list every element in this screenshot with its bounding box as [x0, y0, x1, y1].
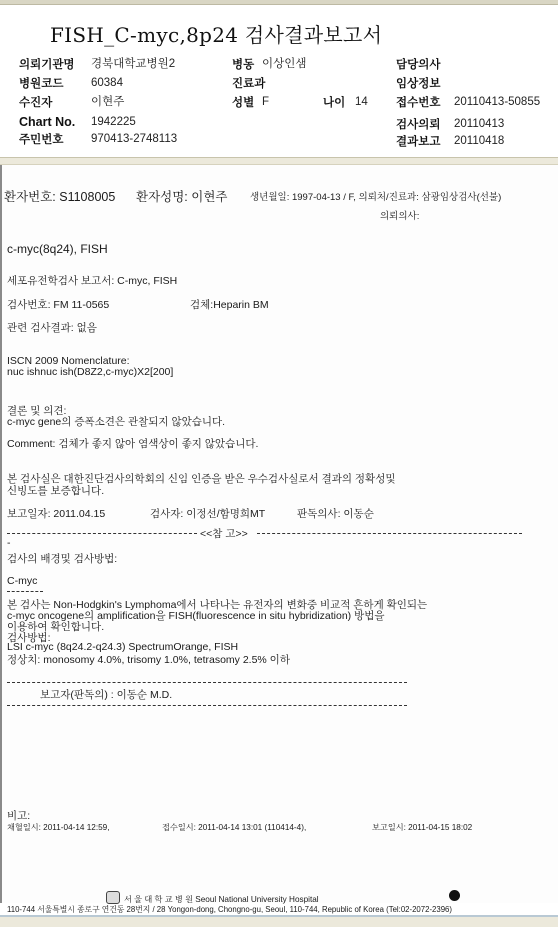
test-number: 검사번호: FM 11-0565	[7, 297, 109, 312]
emblem-icon	[449, 890, 460, 901]
patient-name: 환자성명: 이현주	[136, 187, 227, 205]
field-result-report-date: 결과보고 20110418	[396, 134, 440, 149]
patient-id: 환자번호: S1108005	[4, 187, 115, 205]
background-label: 검사의 배경및 검사방법:	[7, 551, 117, 566]
normal-range: 정상치: monosomy 4.0%, trisomy 1.0%, tetras…	[7, 652, 290, 667]
conclusion-text: c-myc gene의 증폭소견은 관찰되지 않았습니다.	[7, 414, 225, 429]
reference-header: <<참 고>>	[200, 526, 248, 541]
field-accession-number: 접수번호 20110413-50855	[396, 95, 440, 110]
field-requesting-institution: 의뢰기관명 경북대학교병원2	[19, 57, 75, 72]
field-attending-doctor: 담당의사	[396, 57, 440, 72]
hospital-logo-icon	[106, 891, 120, 904]
certification-line-2: 신빙도를 보증합니다.	[7, 483, 104, 498]
field-sex: 성별 F	[232, 95, 254, 110]
report-header: FISH_C-myc,8p24 검사결과보고서 의뢰기관명 경북대학교병원2 병…	[0, 5, 558, 155]
hospital-name: 서 울 대 학 교 병 원 Seoul National University …	[106, 891, 319, 905]
reference-divider-left	[7, 533, 197, 534]
report-type: 세포유전학검사 보고서: C-myc, FISH	[7, 273, 177, 288]
collected-time: 채혈일시: 2011-04-14 12:59,	[7, 822, 110, 833]
field-department: 진료과	[232, 76, 265, 91]
hospital-address: 110-744 서울특별시 종로구 연건동 28번지 / 28 Yongon-d…	[7, 904, 452, 915]
section-divider	[0, 157, 558, 165]
bottom-border	[0, 915, 558, 927]
reading-doctor: 판독의사: 이동순	[297, 506, 374, 521]
field-patient: 수진자 이현주	[19, 95, 52, 110]
report-date: 보고일자: 2011.04.15	[7, 506, 105, 521]
examiner: 검사자: 이정선/함명희MT	[150, 506, 265, 521]
comment: Comment: 검체가 좋지 않아 염색상이 좋지 않았습니다.	[7, 436, 258, 451]
iscn-value: nuc ishnuc ish(D8Z2,c-myc)X2[200]	[7, 366, 173, 378]
patient-details: 생년월일: 1997-04-13 / F, 의뢰처/진료과: 삼광임상검사(선불…	[250, 189, 501, 203]
related-results: 관련 검사결과: 없음	[7, 320, 97, 335]
received-time: 접수일시: 2011-04-14 13:01 (110414-4),	[162, 822, 306, 833]
field-test-request-date: 검사의뢰 20110413	[396, 117, 440, 132]
gene-label: C-myc	[7, 575, 37, 587]
field-age: 나이 14	[323, 95, 345, 110]
gene-underline	[7, 591, 43, 592]
reporter-divider-bottom	[7, 705, 407, 706]
field-resident-number: 주민번호 970413-2748113	[19, 132, 63, 147]
field-chart-no: Chart No. 1942225	[19, 115, 75, 130]
scan-left-border	[0, 165, 2, 903]
remarks-label: 비고:	[7, 808, 30, 823]
reported-time: 보고일시: 2011-04-15 18:02	[372, 822, 472, 833]
report-title: FISH_C-myc,8p24 검사결과보고서	[50, 19, 382, 48]
requesting-doctor: 의뢰의사:	[380, 208, 419, 222]
reporter: 보고자(판독의) : 이동순 M.D.	[40, 687, 172, 702]
reference-trail: -	[7, 537, 11, 549]
reference-divider-right	[257, 533, 522, 534]
field-ward: 병동 이상인샘	[232, 57, 254, 72]
specimen: 검체:Heparin BM	[190, 297, 269, 312]
reporter-divider-top	[7, 682, 407, 683]
test-title: c-myc(8q24), FISH	[7, 242, 108, 256]
field-clinical-info: 임상정보	[396, 76, 440, 91]
field-hospital-code: 병원코드 60384	[19, 76, 63, 91]
